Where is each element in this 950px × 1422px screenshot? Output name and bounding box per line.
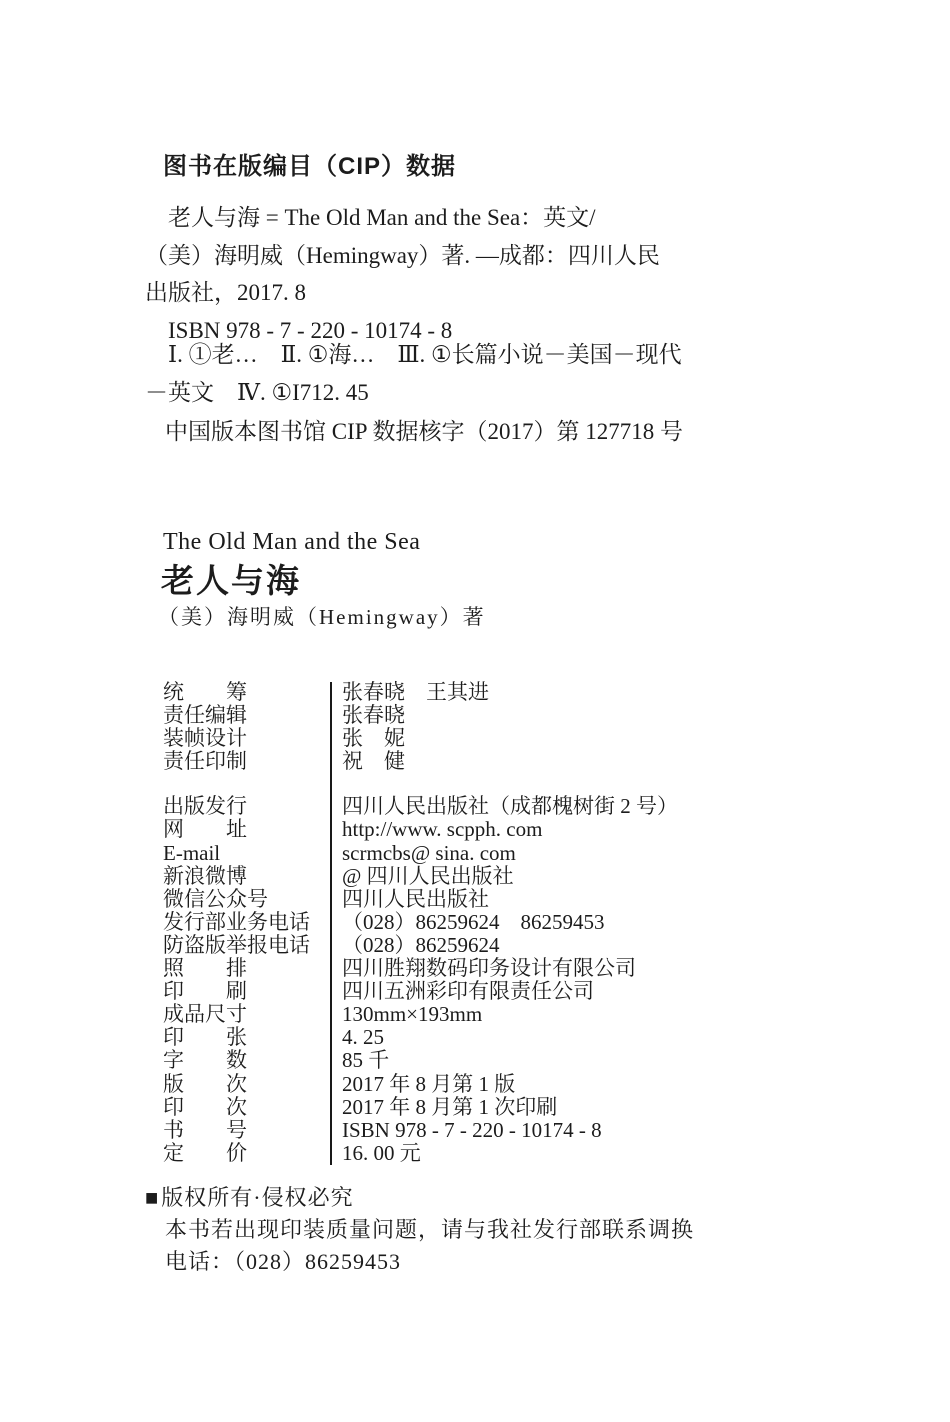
colophon-row-label: 发行部业务电话 (163, 911, 342, 934)
colophon-row-value: 2017 年 8 月第 1 版 (342, 1073, 515, 1096)
square-bullet-icon: ■ (145, 1185, 159, 1210)
colophon-row-value: 四川五洲彩印有限责任公司 (342, 980, 594, 1003)
colophon-row-value: 祝 健 (342, 750, 405, 773)
table-row: 网 址 http://www. scpph. com (163, 818, 803, 841)
cip-classification-line: －英文 Ⅳ. ①I712. 45 (145, 374, 785, 412)
table-row: 印 次 2017 年 8 月第 1 次印刷 (163, 1096, 803, 1119)
cip-header: 图书在版编目（CIP）数据 (163, 146, 456, 181)
colophon-row-value: 4. 25 (342, 1026, 384, 1049)
colophon-row-label: 微信公众号 (163, 888, 342, 911)
quality-notice-line: 本书若出现印装质量问题，请与我社发行部联系调换 (165, 1213, 694, 1244)
colophon-row-label: 装帧设计 (163, 727, 342, 750)
colophon-row-value: 四川人民出版社 (342, 888, 489, 911)
english-title: The Old Man and the Sea (163, 529, 420, 556)
colophon-row-label: 统 筹 (163, 681, 342, 704)
colophon-row-value: 85 千 (342, 1049, 389, 1072)
colophon-row-label: 网 址 (163, 818, 342, 841)
colophon-publication-group: 出版发行 四川人民出版社（成都槐树街 2 号） 网 址 http://www. … (163, 795, 803, 1165)
table-row: 版 次 2017 年 8 月第 1 版 (163, 1073, 803, 1096)
colophon-row-value: scrmcbs@ sina. com (342, 842, 516, 865)
cip-record-number: 中国版本图书馆 CIP 数据核字（2017）第 127718 号 (165, 413, 683, 446)
cip-classification-line: Ⅰ. ①老… Ⅱ. ①海… Ⅲ. ①长篇小说－美国－现代 (145, 336, 785, 374)
colophon-row-label: 新浪微博 (163, 865, 342, 888)
table-row: 印 刷 四川五洲彩印有限责任公司 (163, 980, 803, 1003)
table-row: 统 筹 张春晓 王其进 (163, 681, 803, 704)
colophon-row-label: 成品尺寸 (163, 1003, 342, 1026)
table-row: 装帧设计 张 妮 (163, 727, 803, 750)
colophon-table: 统 筹 张春晓 王其进 责任编辑 张春晓 装帧设计 张 妮 责任印制 祝 健 (163, 681, 803, 1165)
cip-entry-line: 出版社，2017. 8 (145, 274, 785, 312)
colophon-row-label: 字 数 (163, 1049, 342, 1072)
colophon-row-value: 四川人民出版社（成都槐树街 2 号） (342, 795, 678, 818)
author-line: （美）海明威（Hemingway）著 (158, 601, 486, 631)
table-row: 印 张 4. 25 (163, 1026, 803, 1049)
colophon-row-label: 印 张 (163, 1026, 342, 1049)
colophon-row-label: 印 次 (163, 1096, 342, 1119)
colophon-row-label: 版 次 (163, 1073, 342, 1096)
colophon-row-value: （028）86259624 86259453 (342, 911, 605, 934)
table-row: 出版发行 四川人民出版社（成都槐树街 2 号） (163, 795, 803, 818)
colophon-row-value: http://www. scpph. com (342, 818, 542, 841)
table-row: 照 排 四川胜翔数码印务设计有限公司 (163, 957, 803, 980)
table-row: 字 数 85 千 (163, 1049, 803, 1072)
table-row: 成品尺寸 130mm×193mm (163, 1003, 803, 1026)
table-row: 防盗版举报电话 （028）86259624 (163, 934, 803, 957)
table-row: 责任印制 祝 健 (163, 750, 803, 773)
colophon-row-label: 责任印制 (163, 750, 342, 773)
cip-entry-block: 老人与海 = The Old Man and the Sea：英文/（美）海明威… (145, 199, 785, 349)
colophon-row-value: （028）86259624 (342, 934, 500, 957)
colophon-row-value: 130mm×193mm (342, 1003, 482, 1026)
colophon-row-value: 张春晓 王其进 (342, 681, 489, 704)
colophon-staff-group: 统 筹 张春晓 王其进 责任编辑 张春晓 装帧设计 张 妮 责任印制 祝 健 (163, 681, 803, 773)
colophon-row-value: 张春晓 (342, 704, 405, 727)
colophon-row-value: 张 妮 (342, 727, 405, 750)
colophon-divider-rule (330, 682, 332, 1165)
table-row: 发行部业务电话 （028）86259624 86259453 (163, 911, 803, 934)
copyright-notice-line: ■版权所有·侵权必究 (145, 1181, 354, 1212)
table-row: E-mail scrmcbs@ sina. com (163, 842, 803, 865)
colophon-row-label: 印 刷 (163, 980, 342, 1003)
contact-phone-line: 电话：（028）86259453 (165, 1245, 401, 1276)
cip-classification-block: Ⅰ. ①老… Ⅱ. ①海… Ⅲ. ①长篇小说－美国－现代－英文 Ⅳ. ①I712… (145, 336, 785, 411)
colophon-row-label: 防盗版举报电话 (163, 934, 342, 957)
colophon-row-value: @ 四川人民出版社 (342, 865, 514, 888)
colophon-row-label: 书 号 (163, 1119, 342, 1142)
colophon-row-label: 责任编辑 (163, 704, 342, 727)
colophon-row-value: 16. 00 元 (342, 1142, 421, 1165)
table-row: 责任编辑 张春晓 (163, 704, 803, 727)
cip-entry-line: （美）海明威（Hemingway）著. —成都：四川人民 (145, 237, 785, 275)
colophon-row-label: 出版发行 (163, 795, 342, 818)
colophon-row-value: 四川胜翔数码印务设计有限公司 (342, 957, 636, 980)
colophon-row-value: 2017 年 8 月第 1 次印刷 (342, 1096, 557, 1119)
table-row: 微信公众号 四川人民出版社 (163, 888, 803, 911)
copyright-notice-text: 版权所有·侵权必究 (161, 1185, 353, 1210)
colophon-row-label: 照 排 (163, 957, 342, 980)
table-row: 书 号 ISBN 978 - 7 - 220 - 10174 - 8 (163, 1119, 803, 1142)
chinese-title: 老人与海 (161, 555, 301, 602)
colophon-row-value: ISBN 978 - 7 - 220 - 10174 - 8 (342, 1119, 602, 1142)
colophon-row-label: E-mail (163, 842, 342, 865)
table-row: 新浪微博 @ 四川人民出版社 (163, 865, 803, 888)
cip-entry-line: 老人与海 = The Old Man and the Sea：英文/ (145, 199, 785, 237)
colophon-row-label: 定 价 (163, 1142, 342, 1165)
colophon-group-gap (163, 773, 803, 795)
table-row: 定 价 16. 00 元 (163, 1142, 803, 1165)
